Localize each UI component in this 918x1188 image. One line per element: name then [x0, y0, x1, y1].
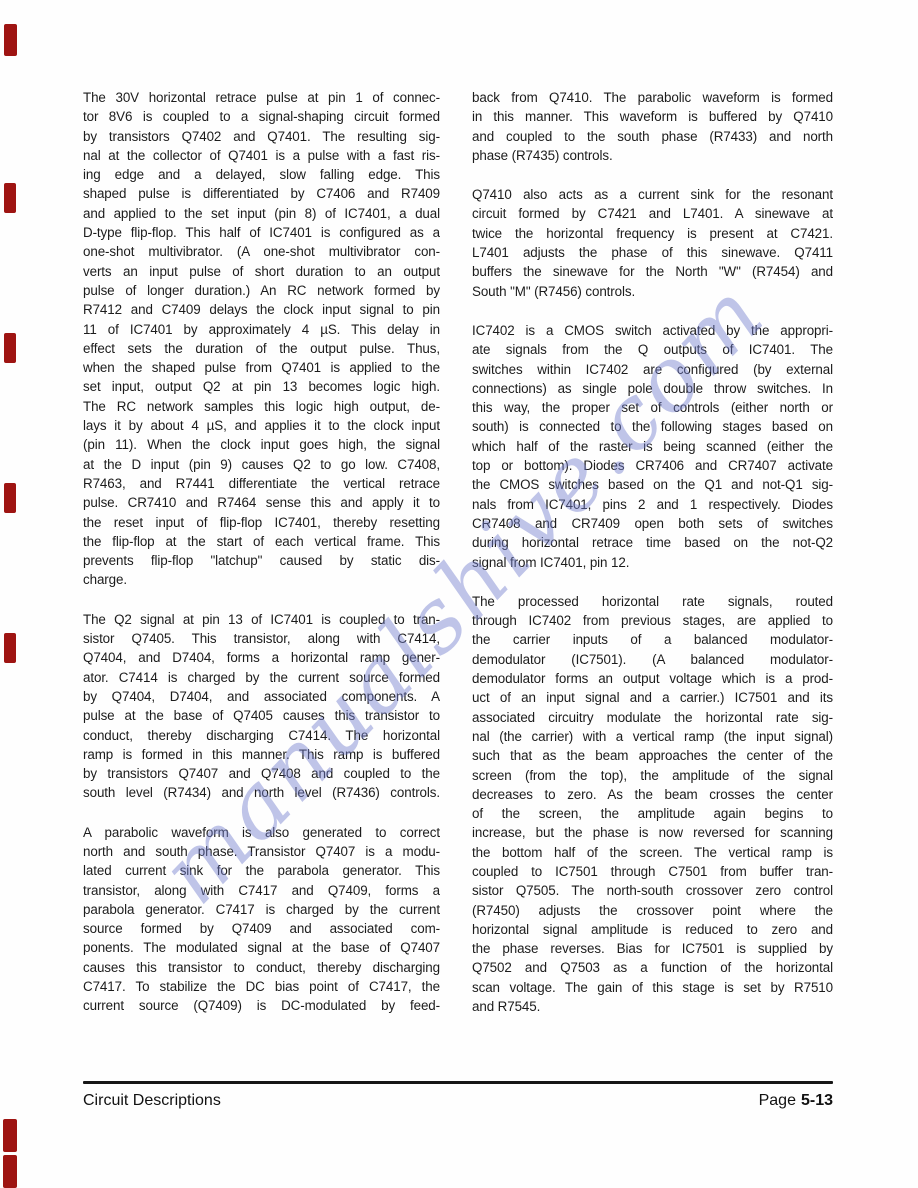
text-line: C7417. To stabilize the DC bias point of…	[83, 977, 440, 996]
text-line: 11 of IC7401 by approximately 4 µS. This…	[83, 320, 440, 339]
text-line: and applied to the set input (pin 8) of …	[83, 204, 440, 223]
text-line: south level (R7434) and north level (R74…	[83, 783, 440, 802]
text-line: lated current sink for the parabola gene…	[83, 861, 440, 880]
text-line: current source (Q7409) is DC-modulated b…	[83, 996, 440, 1015]
text-line: coupled to IC7501 through C7501 from buf…	[472, 862, 833, 881]
paragraph: The 30V horizontal retrace pulse at pin …	[83, 88, 440, 590]
page-number-value: 5-13	[801, 1092, 833, 1109]
text-line: ing edge and a delayed, slow falling edg…	[83, 165, 440, 184]
text-line: by transistors Q7402 and Q7401. The resu…	[83, 127, 440, 146]
paragraph: The processed horizontal rate signals, r…	[472, 592, 833, 1017]
paragraph: A parabolic waveform is also generated t…	[83, 823, 440, 1016]
red-ink-mark	[4, 333, 16, 363]
text-line: the flip-flop at the start of each verti…	[83, 532, 440, 551]
text-line: scan voltage. The gain of this stage is …	[472, 978, 833, 997]
paragraph: The Q2 signal at pin 13 of IC7401 is cou…	[83, 610, 440, 803]
text-line: (R7450) adjusts the crossover point wher…	[472, 901, 833, 920]
red-ink-mark	[3, 1155, 17, 1188]
right-text-column: back from Q7410. The parabolic waveform …	[472, 88, 833, 1036]
text-line: switches within IC7402 are configured (b…	[472, 360, 833, 379]
text-line: the bottom half of the screen. The verti…	[472, 843, 833, 862]
text-line: circuit formed by C7421 and L7401. A sin…	[472, 204, 833, 223]
left-text-column: The 30V horizontal retrace pulse at pin …	[83, 88, 440, 1036]
text-line: ator. C7414 is charged by the current so…	[83, 668, 440, 687]
text-line: nal at the collector of Q7401 is a pulse…	[83, 146, 440, 165]
text-line: D-type flip-flop. This half of IC7401 is…	[83, 223, 440, 242]
text-line: sistor Q7405. This transistor, along wit…	[83, 629, 440, 648]
text-line: when the shaped pulse from Q7401 is appl…	[83, 358, 440, 377]
footer-page-number: Page5-13	[759, 1092, 833, 1110]
text-line: A parabolic waveform is also generated t…	[83, 823, 440, 842]
text-line: The 30V horizontal retrace pulse at pin …	[83, 88, 440, 107]
text-line: demodulator forms an output voltage whic…	[472, 669, 833, 688]
text-line: the phase reverses. Bias for IC7501 is s…	[472, 939, 833, 958]
red-ink-mark	[4, 483, 16, 513]
text-line: The Q2 signal at pin 13 of IC7401 is cou…	[83, 610, 440, 629]
text-line: decreases to zero. As the beam crosses t…	[472, 785, 833, 804]
text-line: conduct, thereby discharging C7414. The …	[83, 726, 440, 745]
text-line: in this manner. This waveform is buffere…	[472, 107, 833, 126]
text-line: tor 8V6 is coupled to a signal-shaping c…	[83, 107, 440, 126]
footer-section-title: Circuit Descriptions	[83, 1092, 221, 1110]
text-line: nals from IC7401, pins 2 and 1 respectiv…	[472, 495, 833, 514]
text-line: at the D input (pin 9) causes Q2 to go l…	[83, 455, 440, 474]
text-line: associated circuitry modulate the horizo…	[472, 708, 833, 727]
text-line: through IC7402 from previous stages, are…	[472, 611, 833, 630]
text-line: Q7404, and D7404, forms a horizontal ram…	[83, 648, 440, 667]
text-line: The RC network samples this logic high o…	[83, 397, 440, 416]
red-ink-mark	[3, 1119, 17, 1152]
paragraph: Q7410 also acts as a current sink for th…	[472, 185, 833, 301]
text-line: transistor, along with C7417 and Q7409, …	[83, 881, 440, 900]
red-ink-mark	[4, 183, 16, 213]
text-line: ate signals from the Q outputs of IC7401…	[472, 340, 833, 359]
text-line: during horizontal retrace time based on …	[472, 533, 833, 552]
text-line: Q7410 also acts as a current sink for th…	[472, 185, 833, 204]
text-line: south) is connected to the following sta…	[472, 417, 833, 436]
text-line: north and south phase. Transistor Q7407 …	[83, 842, 440, 861]
text-line: twice the horizontal frequency is presen…	[472, 224, 833, 243]
text-line: back from Q7410. The parabolic waveform …	[472, 88, 833, 107]
text-line: parabola generator. C7417 is charged by …	[83, 900, 440, 919]
text-line: and coupled to the south phase (R7433) a…	[472, 127, 833, 146]
text-line: one-shot multivibrator. (A one-shot mult…	[83, 242, 440, 261]
text-line: verts an input pulse of short duration t…	[83, 262, 440, 281]
text-line: the reset input of flip-flop IC7401, the…	[83, 513, 440, 532]
text-line: the carrier inputs of a balanced modulat…	[472, 630, 833, 649]
text-line: The processed horizontal rate signals, r…	[472, 592, 833, 611]
text-line: signal from IC7401, pin 12.	[472, 553, 833, 572]
text-line: phase (R7435) controls.	[472, 146, 833, 165]
text-line: ponents. The modulated signal at the bas…	[83, 938, 440, 957]
text-line: R7463, and R7441 differentiate the verti…	[83, 474, 440, 493]
text-line: causes this transistor to conduct, there…	[83, 958, 440, 977]
text-line: such that as the beam approaches the cen…	[472, 746, 833, 765]
text-line: pulse at the base of Q7405 causes this t…	[83, 706, 440, 725]
text-line: CR7408 and CR7409 open both sets of swit…	[472, 514, 833, 533]
text-line: nal (the carrier) with a vertical ramp (…	[472, 727, 833, 746]
text-line: by transistors Q7407 and Q7408 and coupl…	[83, 764, 440, 783]
text-line: Q7502 and Q7503 as a function of the hor…	[472, 958, 833, 977]
text-line: which half of the raster is being scanne…	[472, 437, 833, 456]
paragraph: back from Q7410. The parabolic waveform …	[472, 88, 833, 165]
text-line: horizontal signal amplitude is reduced t…	[472, 920, 833, 939]
text-line: (pin 11). When the clock input goes high…	[83, 435, 440, 454]
text-line: buffers the sinewave for the North "W" (…	[472, 262, 833, 281]
text-line: South "M" (R7456) controls.	[472, 282, 833, 301]
text-line: L7401 adjusts the phase of this sinewave…	[472, 243, 833, 262]
text-line: ramp is formed in this manner. This ramp…	[83, 745, 440, 764]
text-line: top or bottom). Diodes CR7406 and CR7407…	[472, 456, 833, 475]
paragraph: IC7402 is a CMOS switch activated by the…	[472, 321, 833, 572]
text-line: of the screen, the amplitude again begin…	[472, 804, 833, 823]
text-line: set input, output Q2 at pin 13 becomes l…	[83, 377, 440, 396]
text-line: and R7545.	[472, 997, 833, 1016]
text-line: uct of an input signal and a carrier.) I…	[472, 688, 833, 707]
text-line: R7412 and C7409 delays the clock input s…	[83, 300, 440, 319]
text-line: by Q7404, D7404, and associated componen…	[83, 687, 440, 706]
text-line: pulse of longer duration.) An RC network…	[83, 281, 440, 300]
text-line: the CMOS switches based on the Q1 and no…	[472, 475, 833, 494]
text-line: connections) as single pole double throw…	[472, 379, 833, 398]
text-line: screen (from the top), the amplitude of …	[472, 766, 833, 785]
text-line: IC7402 is a CMOS switch activated by the…	[472, 321, 833, 340]
text-line: this way, the proper set of controls (ei…	[472, 398, 833, 417]
text-line: prevents flip-flop "latchup" caused by s…	[83, 551, 440, 570]
text-line: demodulator (IC7501). (A balanced modula…	[472, 650, 833, 669]
red-ink-mark	[4, 24, 17, 56]
text-line: increase, but the phase is now reversed …	[472, 823, 833, 842]
text-line: effect sets the duration of the output p…	[83, 339, 440, 358]
text-line: lays it by about 4 µS, and applies it to…	[83, 416, 440, 435]
text-line: source formed by Q7409 and associated co…	[83, 919, 440, 938]
red-ink-mark	[4, 633, 16, 663]
text-line: charge.	[83, 570, 440, 589]
scanned-manual-page: The 30V horizontal retrace pulse at pin …	[0, 0, 918, 1188]
footer-divider	[83, 1081, 833, 1084]
page-label: Page	[759, 1092, 796, 1109]
text-line: shaped pulse is differentiated by C7406 …	[83, 184, 440, 203]
text-line: sistor Q7505. The north-south crossover …	[472, 881, 833, 900]
text-line: pulse. CR7410 and R7464 sense this and a…	[83, 493, 440, 512]
